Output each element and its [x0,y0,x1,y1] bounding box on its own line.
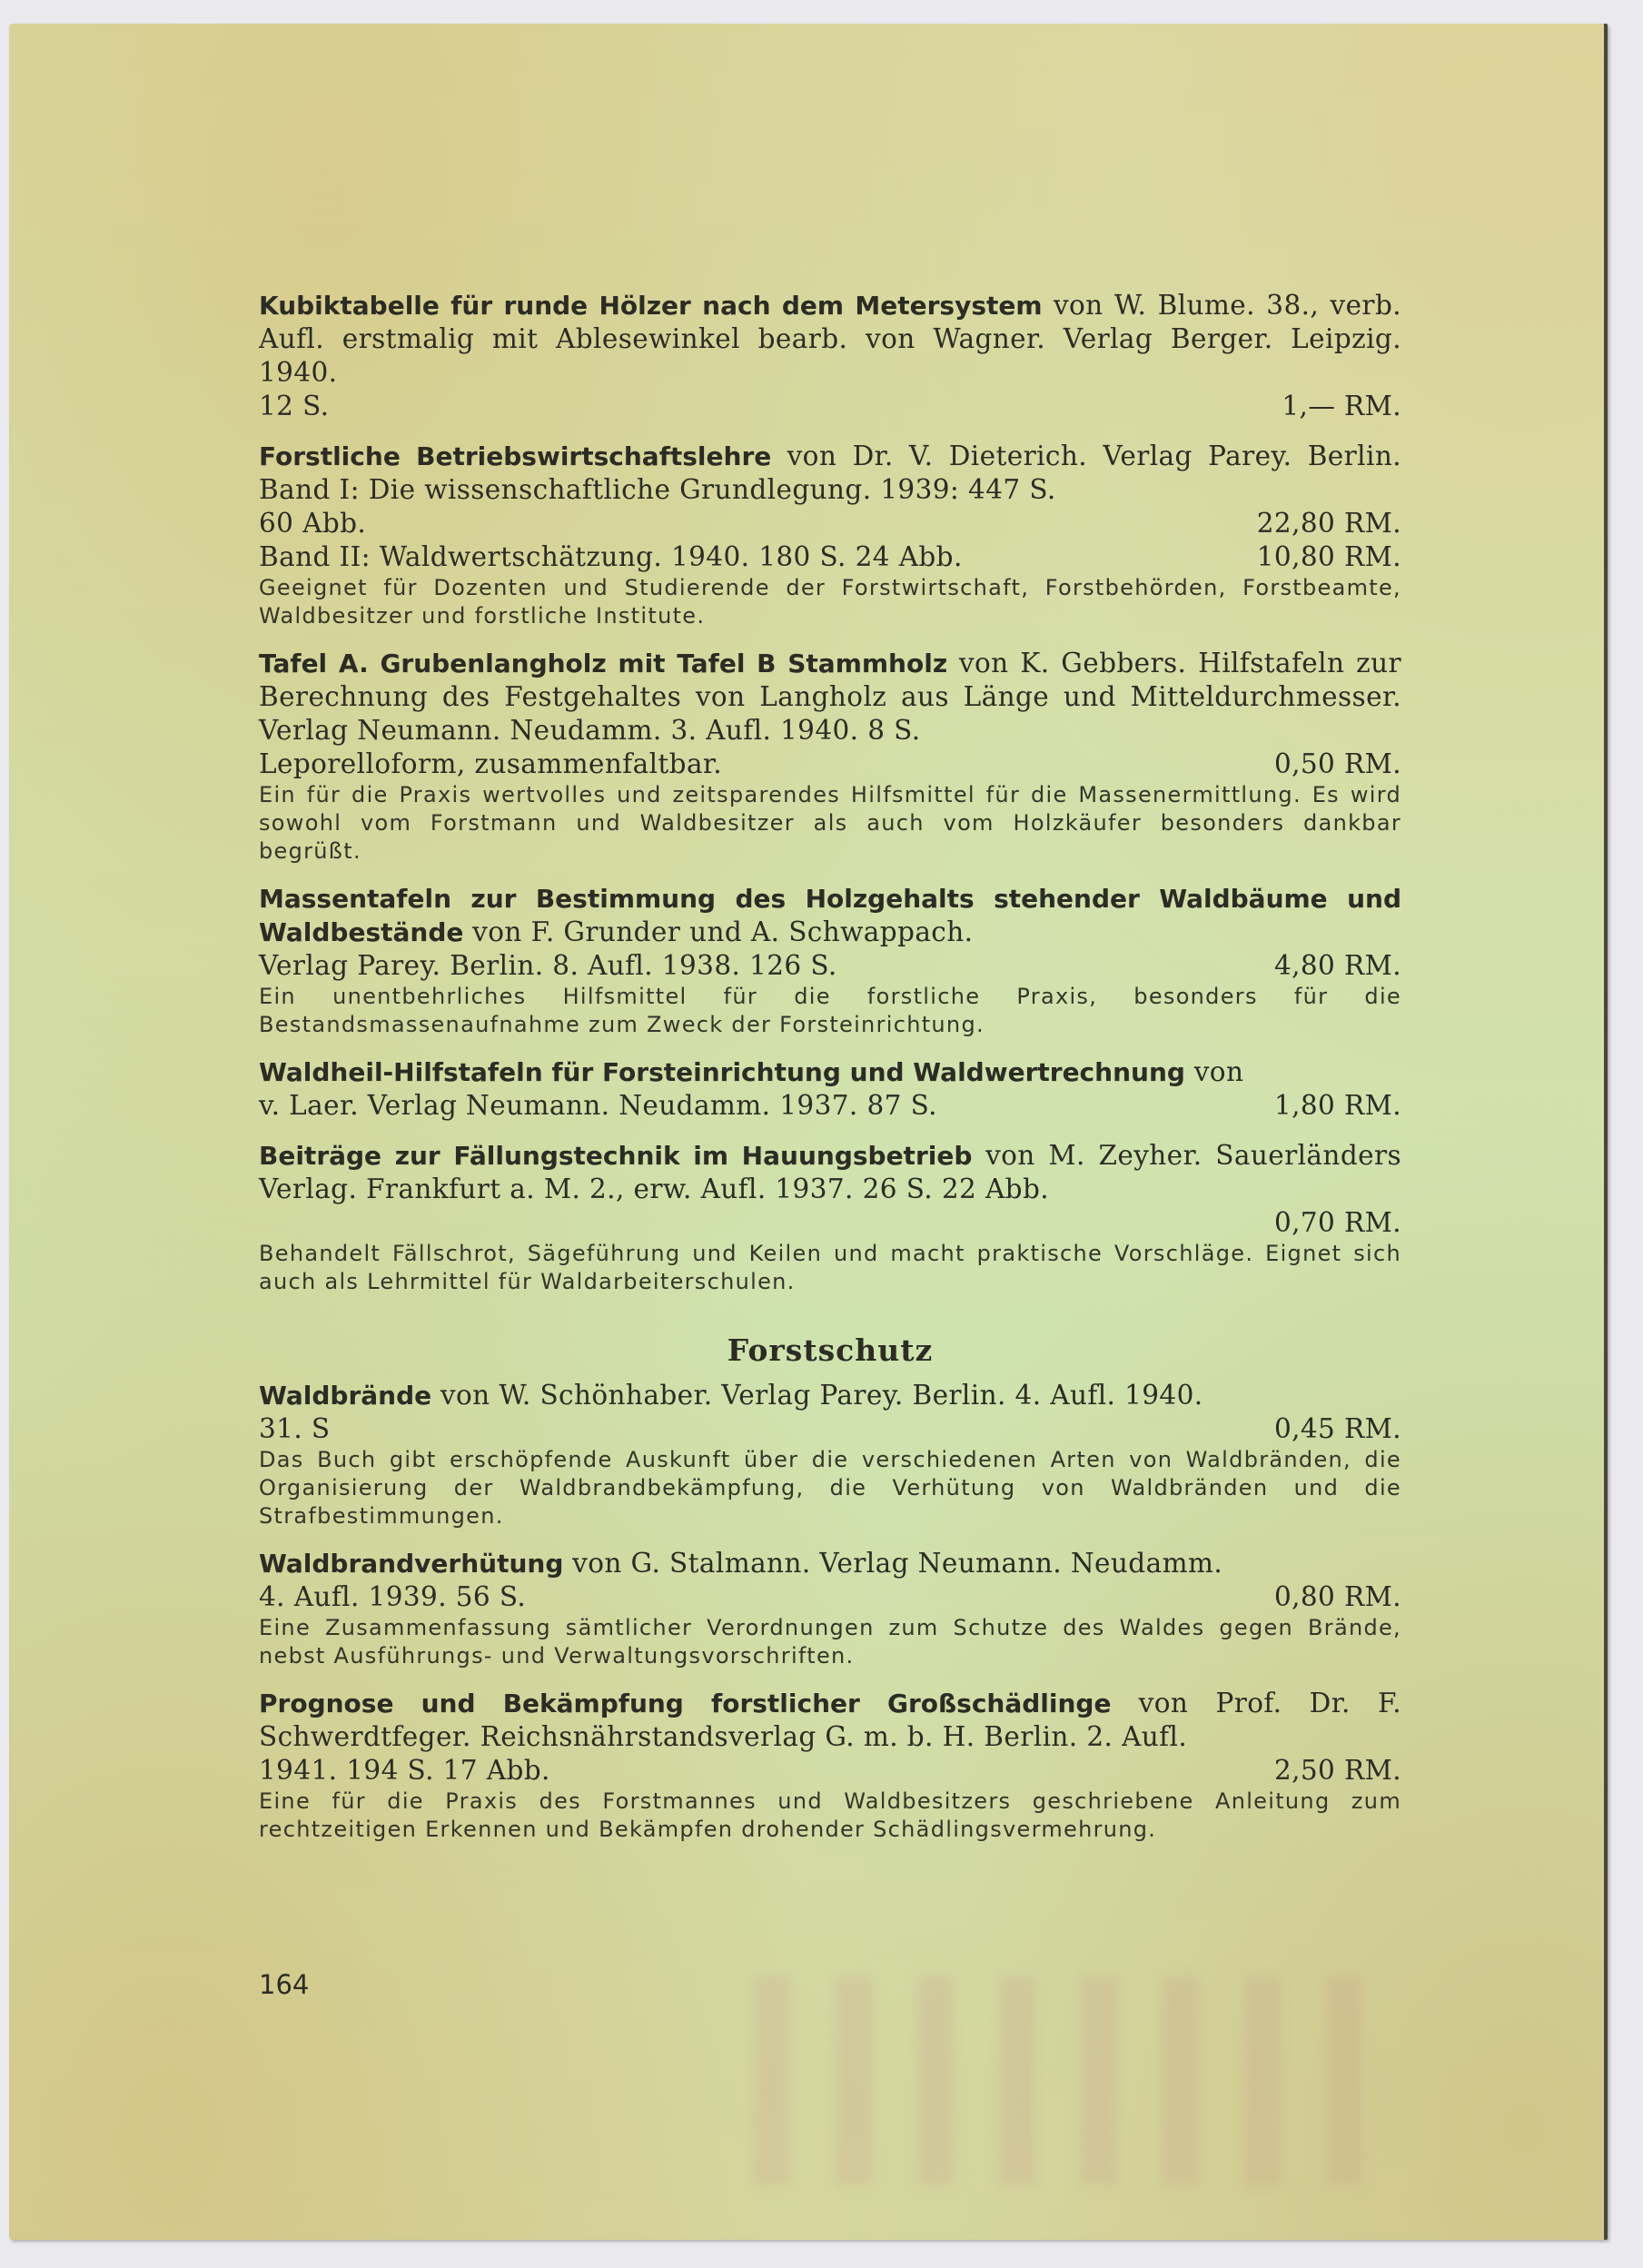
book-details: von W. Schönhaber. Verlag Parey. Berlin.… [431,1380,1203,1411]
price-line: 0,70 RM. [259,1206,1401,1240]
entry-main: Waldbrandverhütung von G. Stalmann. Verl… [259,1547,1401,1580]
volume-details: Band II: Waldwertschätzung. 1940. 180 S.… [259,540,963,574]
book-title: Waldheil-Hilfstafeln für Forsteinrichtun… [259,1057,1185,1087]
book-pages: 60 Abb. [259,507,366,540]
paper-stain [754,1976,1408,2185]
book-entry: Waldbrände von W. Schönhaber. Verlag Par… [259,1379,1401,1530]
book-description: Eine Zusammenfassung sämtlicher Verordnu… [259,1614,1401,1670]
price-line: 60 Abb. 22,80 RM. [259,507,1401,540]
book-price: 0,50 RM. [1274,748,1401,781]
book-description: Das Buch gibt erschöpfende Auskunft über… [259,1446,1401,1530]
entry-main: Tafel A. Grubenlangholz mit Tafel B Stam… [259,647,1401,748]
catalog-column: Kubiktabelle für runde Hölzer nach dem M… [259,289,1401,1860]
book-pages: Verlag Parey. Berlin. 8. Aufl. 1938. 126… [259,949,837,983]
entry-main: Kubiktabelle für runde Hölzer nach dem M… [259,289,1401,390]
book-title: Tafel A. Grubenlangholz mit Tafel B Stam… [259,649,947,678]
volume-price: 10,80 RM. [1257,540,1401,574]
book-entry: Kubiktabelle für runde Hölzer nach dem M… [259,289,1401,423]
book-price: 22,80 RM. [1257,507,1401,540]
entry-main: Beiträge zur Fällungstechnik im Hauungsb… [259,1139,1401,1206]
book-price: 1,— RM. [1282,390,1401,423]
price-line: 4. Aufl. 1939. 56 S. 0,80 RM. [259,1580,1401,1614]
book-description: Ein unentbehrliches Hilfsmittel für die … [259,983,1401,1039]
book-title: Waldbrände [259,1381,431,1411]
book-pages: Leporelloform, zusammenfaltbar. [259,748,722,781]
book-price: 1,80 RM. [1274,1089,1401,1123]
book-title: Forstliche Betriebswirtschaftslehre [259,441,771,471]
price-line: Leporelloform, zusammenfaltbar. 0,50 RM. [259,748,1401,781]
book-price: 4,80 RM. [1274,949,1401,983]
book-entry: Waldbrandverhütung von G. Stalmann. Verl… [259,1547,1401,1670]
book-details: von G. Stalmann. Verlag Neumann. Neudamm… [563,1548,1222,1579]
book-entry: Prognose und Bekämpfung forstlicher Groß… [259,1687,1401,1844]
book-title: Beiträge zur Fällungstechnik im Hauungsb… [259,1141,972,1171]
book-pages: v. Laer. Verlag Neumann. Neudamm. 1937. … [259,1089,937,1123]
book-description: Ein für die Praxis wertvolles und zeitsp… [259,781,1401,866]
book-details: von [1185,1056,1243,1087]
book-description: Behandelt Fällschrot, Sägeführung und Ke… [259,1240,1401,1296]
book-pages: 31. S [259,1412,331,1446]
entry-main: Prognose und Bekämpfung forstlicher Groß… [259,1687,1401,1754]
book-description: Eine für die Praxis des Forstmannes und … [259,1788,1401,1844]
price-line: 31. S 0,45 RM. [259,1412,1401,1446]
entry-main: Waldheil-Hilfstafeln für Forsteinrichtun… [259,1055,1401,1089]
entry-main: Forstliche Betriebswirtschaftslehre von … [259,440,1401,507]
book-entry: Beiträge zur Fällungstechnik im Hauungsb… [259,1139,1401,1296]
price-line: 12 S. 1,— RM. [259,390,1401,423]
book-entry: Tafel A. Grubenlangholz mit Tafel B Stam… [259,647,1401,866]
book-price: 0,80 RM. [1274,1580,1401,1614]
book-price: 0,45 RM. [1274,1412,1401,1446]
book-entry: Massentafeln zur Bestimmung des Holzgeha… [259,882,1401,1039]
entry-main: Massentafeln zur Bestimmung des Holzgeha… [259,882,1401,949]
page-number: 164 [259,1969,309,2000]
book-pages: 1941. 194 S. 17 Abb. [259,1754,550,1788]
book-entry: Forstliche Betriebswirtschaftslehre von … [259,440,1401,630]
price-line: 1941. 194 S. 17 Abb. 2,50 RM. [259,1754,1401,1788]
book-title: Waldbrandverhütung [259,1549,563,1579]
book-details: von F. Grunder und A. Schwappach. [463,916,973,947]
section-heading: Forstschutz [259,1332,1401,1368]
book-entry: Waldheil-Hilfstafeln für Forsteinrichtun… [259,1055,1401,1123]
book-pages: 4. Aufl. 1939. 56 S. [259,1580,526,1614]
price-line-volume-2: Band II: Waldwertschätzung. 1940. 180 S.… [259,540,1401,574]
book-title: Prognose und Bekämpfung forstlicher Groß… [259,1689,1111,1718]
price-line: Verlag Parey. Berlin. 8. Aufl. 1938. 126… [259,949,1401,983]
book-description: Geeignet für Dozenten und Studierende de… [259,574,1401,630]
book-price: 0,70 RM. [1274,1206,1401,1240]
book-pages: 12 S. [259,390,329,423]
entry-main: Waldbrände von W. Schönhaber. Verlag Par… [259,1379,1401,1412]
book-title: Kubiktabelle für runde Hölzer nach dem M… [259,291,1043,321]
price-line: v. Laer. Verlag Neumann. Neudamm. 1937. … [259,1089,1401,1123]
book-price: 2,50 RM. [1274,1754,1401,1788]
